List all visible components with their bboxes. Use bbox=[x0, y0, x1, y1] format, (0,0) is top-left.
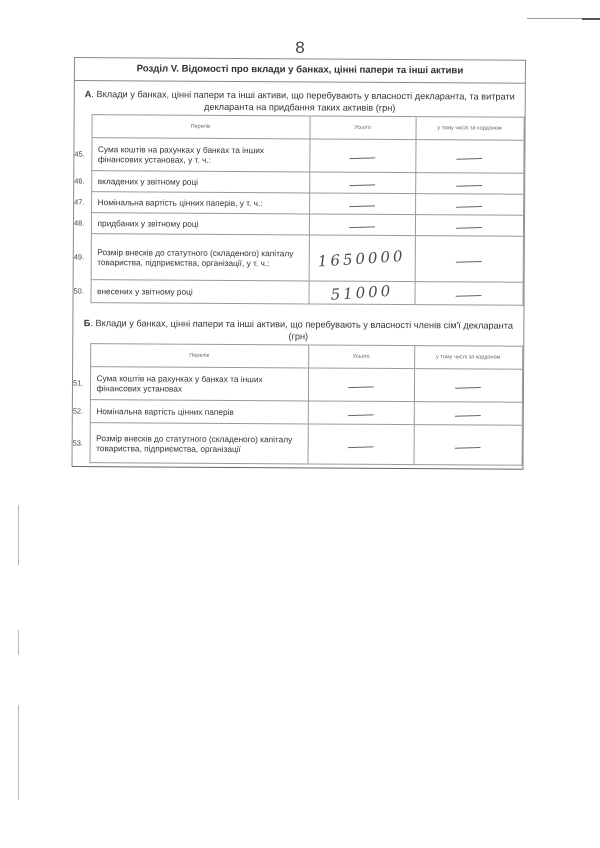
part-b-title: Б. Вклади у банках, цінні папери та інші… bbox=[73, 317, 523, 344]
dash-mark bbox=[456, 206, 482, 208]
dash-mark bbox=[348, 414, 374, 416]
total-value: 51000 bbox=[308, 281, 414, 305]
handwritten-amount: 1650000 bbox=[317, 246, 406, 270]
total-value: 1650000 bbox=[309, 235, 415, 282]
binding-mark bbox=[18, 505, 19, 565]
abroad-value bbox=[415, 140, 523, 174]
row-number: 48. bbox=[74, 219, 84, 228]
table-row: 48.придбаних у звітному році bbox=[91, 213, 523, 237]
row-label: Номінальна вартість цінних паперів, у т.… bbox=[91, 192, 309, 214]
dash-mark bbox=[455, 447, 481, 449]
row-number: 45. bbox=[74, 150, 84, 159]
total-value bbox=[309, 193, 415, 215]
column-header-abroad: у тому числі за кордоном bbox=[414, 346, 522, 370]
part-a-table: ПерелікУсьогоу тому числі за кордоном45.… bbox=[90, 114, 524, 306]
table-row: 47.Номінальна вартість цінних паперів, у… bbox=[91, 192, 523, 216]
abroad-value bbox=[415, 215, 523, 237]
abroad-value bbox=[414, 402, 522, 426]
binding-mark bbox=[18, 705, 19, 800]
column-header-list: Перелік bbox=[90, 344, 308, 368]
total-value bbox=[308, 401, 414, 425]
table-row: 50.внесених у звітному році51000 bbox=[91, 280, 523, 306]
row-label: Розмір внесків до статутного (складеного… bbox=[90, 423, 308, 464]
part-a-title-text: . Вклади у банках, цінні папери та інші … bbox=[91, 89, 514, 113]
dash-mark bbox=[456, 261, 482, 263]
column-header-total: Усього bbox=[310, 116, 416, 140]
dash-mark bbox=[456, 227, 482, 229]
row-label: Номінальна вартість цінних паперів bbox=[90, 400, 308, 424]
table-header-row: ПерелікУсьогоу тому числі за кордоном bbox=[92, 115, 524, 141]
total-value bbox=[308, 424, 414, 465]
table-row: 46.вкладених у звітному році bbox=[91, 171, 523, 195]
row-label: придбаних у звітному році bbox=[91, 213, 309, 235]
row-number: 52. bbox=[73, 406, 83, 415]
total-value bbox=[309, 214, 415, 236]
dash-mark bbox=[349, 226, 375, 228]
dash-mark bbox=[349, 157, 375, 159]
part-b-title-text: . Вклади у банках, цінні папери та інші … bbox=[90, 318, 513, 341]
row-label: вкладених у звітному році bbox=[91, 171, 309, 193]
row-number: 53. bbox=[73, 438, 83, 447]
dash-mark bbox=[349, 184, 375, 186]
table-row: 51.Сума коштів на рахунках у банках та і… bbox=[90, 367, 522, 403]
abroad-value bbox=[414, 425, 522, 466]
abroad-value bbox=[414, 369, 522, 403]
dash-mark bbox=[456, 158, 482, 160]
total-value bbox=[309, 139, 415, 173]
handwritten-amount: 51000 bbox=[330, 282, 394, 304]
total-value bbox=[309, 172, 415, 194]
row-label: внесених у звітному році bbox=[91, 280, 309, 304]
column-header-abroad: у тому числі за кордоном bbox=[416, 117, 524, 141]
table-row: 49.Розмір внесків до статутного (складен… bbox=[91, 234, 523, 283]
abroad-value bbox=[415, 194, 523, 216]
dash-mark bbox=[348, 386, 374, 388]
row-number: 46. bbox=[74, 177, 84, 186]
part-a-title: А. Вклади у банках, цінні папери та інші… bbox=[75, 88, 525, 115]
table-row: 45.Сума коштів на рахунках у банках та і… bbox=[91, 138, 523, 174]
section-title: Розділ V. Відомості про вклади у банках,… bbox=[75, 58, 525, 84]
dash-mark bbox=[349, 205, 375, 207]
row-number: 51. bbox=[73, 379, 83, 388]
row-number: 49. bbox=[74, 252, 84, 261]
dash-mark bbox=[455, 387, 481, 389]
table-header-row: ПерелікУсьогоу тому числі за кордоном bbox=[90, 344, 522, 370]
dash-mark bbox=[455, 415, 481, 417]
row-number: 50. bbox=[74, 287, 84, 296]
dash-mark bbox=[348, 446, 374, 448]
binding-mark bbox=[18, 630, 19, 655]
table-row: 53.Розмір внесків до статутного (складен… bbox=[90, 423, 522, 466]
abroad-value bbox=[414, 282, 522, 306]
abroad-value bbox=[415, 236, 523, 283]
dash-mark bbox=[456, 185, 482, 187]
scan-edge-line bbox=[527, 18, 600, 19]
table-row: 52.Номінальна вартість цінних паперів bbox=[90, 400, 522, 426]
row-label: Розмір внесків до статутного (складеного… bbox=[91, 234, 309, 281]
row-label: Сума коштів на рахунках у банках та інши… bbox=[90, 367, 308, 401]
column-header-list: Перелік bbox=[92, 115, 310, 139]
row-number: 47. bbox=[74, 198, 84, 207]
part-b-table: ПерелікУсьогоу тому числі за кордоном51.… bbox=[90, 343, 523, 466]
row-label: Сума коштів на рахунках у банках та інши… bbox=[91, 138, 309, 172]
section-frame: Розділ V. Відомості про вклади у банках,… bbox=[71, 57, 525, 470]
abroad-value bbox=[415, 173, 523, 195]
page-number: 8 bbox=[0, 38, 600, 58]
total-value bbox=[308, 368, 414, 402]
column-header-total: Усього bbox=[308, 345, 414, 369]
dash-mark bbox=[456, 295, 482, 297]
